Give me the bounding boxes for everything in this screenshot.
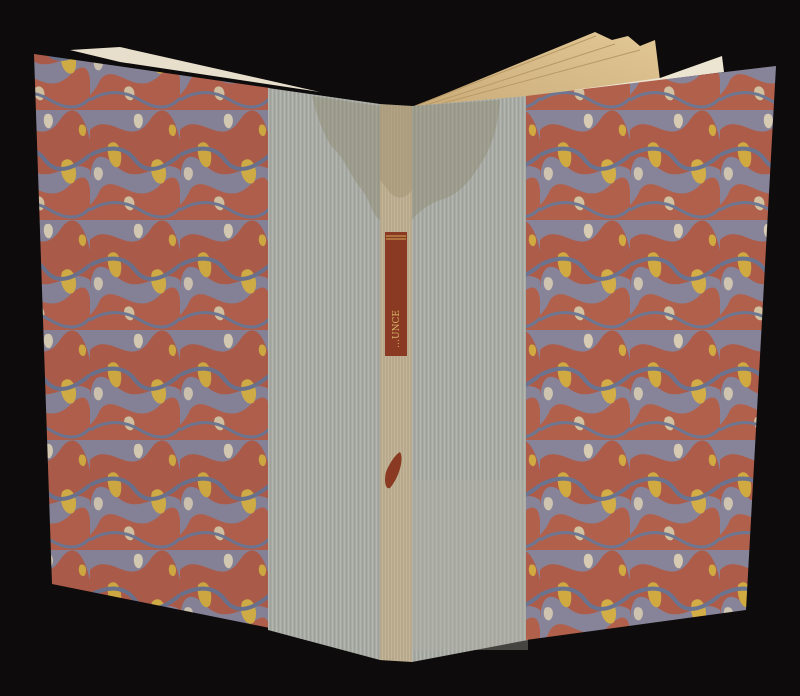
book-photo: …UNCE (0, 0, 800, 696)
book-illustration: …UNCE (0, 0, 800, 696)
spine: …UNCE (380, 104, 412, 662)
spine-label-title: …UNCE (392, 310, 402, 348)
front-cover (412, 66, 776, 662)
back-cover (34, 54, 380, 660)
